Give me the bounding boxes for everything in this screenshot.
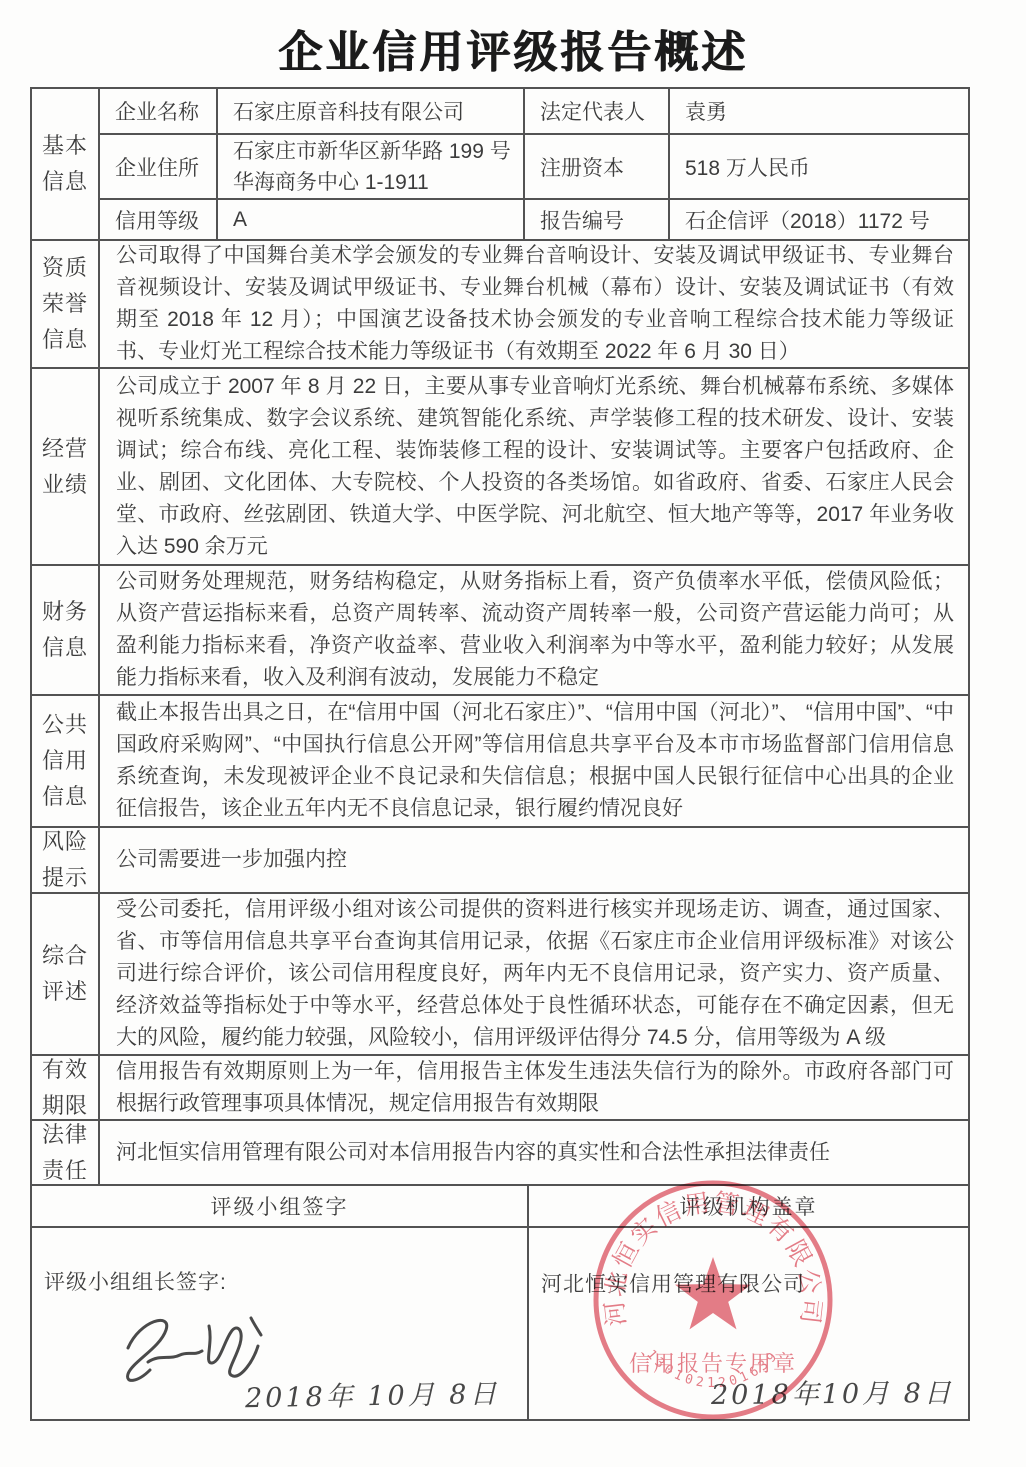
section-label-legal: 法律责任 [32,1121,100,1184]
section-label-public-credit: 公共信用信息 [32,696,100,826]
section-label-qualification: 资质荣誉信息 [32,241,100,367]
team-signature-cell: 评级小组组长签字: 2018年 10月 8日 [32,1228,529,1419]
section-content-business: 公司成立于 2007 年 8 月 22 日，主要从事专业音响灯光系统、舞台机械幕… [116,371,954,563]
section-financial: 财务信息 公司财务处理规范，财务结构稳定，从财务指标上看，资产负债率水平低，偿债… [32,566,968,696]
field-label-registered-capital: 注册资本 [525,135,670,198]
section-content-financial: 公司财务处理规范，财务结构稳定，从财务指标上看，资产负债率水平低，偿债风险低；从… [116,566,954,694]
field-value-address: 石家庄市新华区新华路 199 号华海商务中心 1-1911 [218,135,525,198]
table-row: 企业住所 石家庄市新华区新华路 199 号华海商务中心 1-1911 注册资本 … [100,135,968,200]
section-content-public-credit: 截止本报告出具之日，在“信用中国（河北石家庄）”、“信用中国（河北）”、 “信用… [116,697,954,825]
section-label-review: 综合评述 [32,894,100,1054]
field-label-report-number: 报告编号 [525,200,670,239]
field-label-credit-grade: 信用等级 [100,200,218,239]
team-signature-date: 2018年 10月 8日 [244,1372,499,1415]
section-content-legal: 河北恒实信用管理有限公司对本信用报告内容的真实性和合法性承担法律责任 [116,1137,830,1169]
section-overall-review: 综合评述 受公司委托，信用评级小组对该公司提供的资料进行核实并现场走访、调查，通… [32,894,968,1056]
field-label-company-name: 企业名称 [100,89,218,133]
section-risk: 风险提示 公司需要进一步加强内控 [32,828,968,894]
field-label-address: 企业住所 [100,135,218,198]
page-title: 企业信用评级报告概述 [0,16,1026,80]
section-content-risk: 公司需要进一步加强内控 [116,844,347,876]
field-value-credit-grade: A [218,200,525,239]
section-content-review: 受公司委托，信用评级小组对该公司提供的资料进行核实并现场走访、调查，通过国家、省… [116,894,954,1054]
field-label-legal-rep: 法定代表人 [525,89,670,133]
section-label-risk: 风险提示 [32,828,100,892]
red-seal-stamp: 河北恒实信用管理有限公司 信用报告专用章 1301021201639 [588,1174,838,1426]
section-content-qualification: 公司取得了中国舞台美术学会颁发的专业舞台音响设计、安装及调试甲级证书、专业舞台音… [116,240,954,368]
document-page: 企业信用评级报告概述 基本信息 企业名称 石家庄原音科技有限公司 法定代表人 袁… [0,0,1026,1467]
section-label-financial: 财务信息 [32,566,100,694]
field-value-registered-capital: 518 万人民币 [670,135,968,198]
field-value-company-name: 石家庄原音科技有限公司 [218,89,525,133]
section-label-business: 经营业绩 [32,369,100,564]
field-value-legal-rep: 袁勇 [670,89,968,133]
section-label-basic: 基本信息 [32,89,100,239]
section-validity: 有效期限 信用报告有效期原则上为一年，信用报告主体发生违法失信行为的除外。市政府… [32,1056,968,1121]
section-business-performance: 经营业绩 公司成立于 2007 年 8 月 22 日，主要从事专业音响灯光系统、… [32,369,968,566]
section-public-credit: 公共信用信息 截止本报告出具之日，在“信用中国（河北石家庄）”、“信用中国（河北… [32,696,968,828]
section-label-validity: 有效期限 [32,1056,100,1119]
team-leader-signature-label: 评级小组组长签字: [44,1266,227,1296]
rating-team-signature-header: 评级小组签字 [32,1186,529,1226]
field-value-report-number: 石企信评（2018）1172 号 [670,200,968,239]
table-row: 企业名称 石家庄原音科技有限公司 法定代表人 袁勇 [100,89,968,135]
section-content-validity: 信用报告有效期原则上为一年，信用报告主体发生违法失信行为的除外。市政府各部门可根… [116,1056,954,1120]
basic-info-grid: 企业名称 石家庄原音科技有限公司 法定代表人 袁勇 企业住所 石家庄市新华区新华… [100,89,968,239]
table-row: 信用等级 A 报告编号 石企信评（2018）1172 号 [100,200,968,239]
stamp-star-icon [675,1257,751,1329]
section-basic-info: 基本信息 企业名称 石家庄原音科技有限公司 法定代表人 袁勇 企业住所 石家庄市… [32,89,968,241]
section-qualification: 资质荣誉信息 公司取得了中国舞台美术学会颁发的专业舞台音响设计、安装及调试甲级证… [32,241,968,369]
